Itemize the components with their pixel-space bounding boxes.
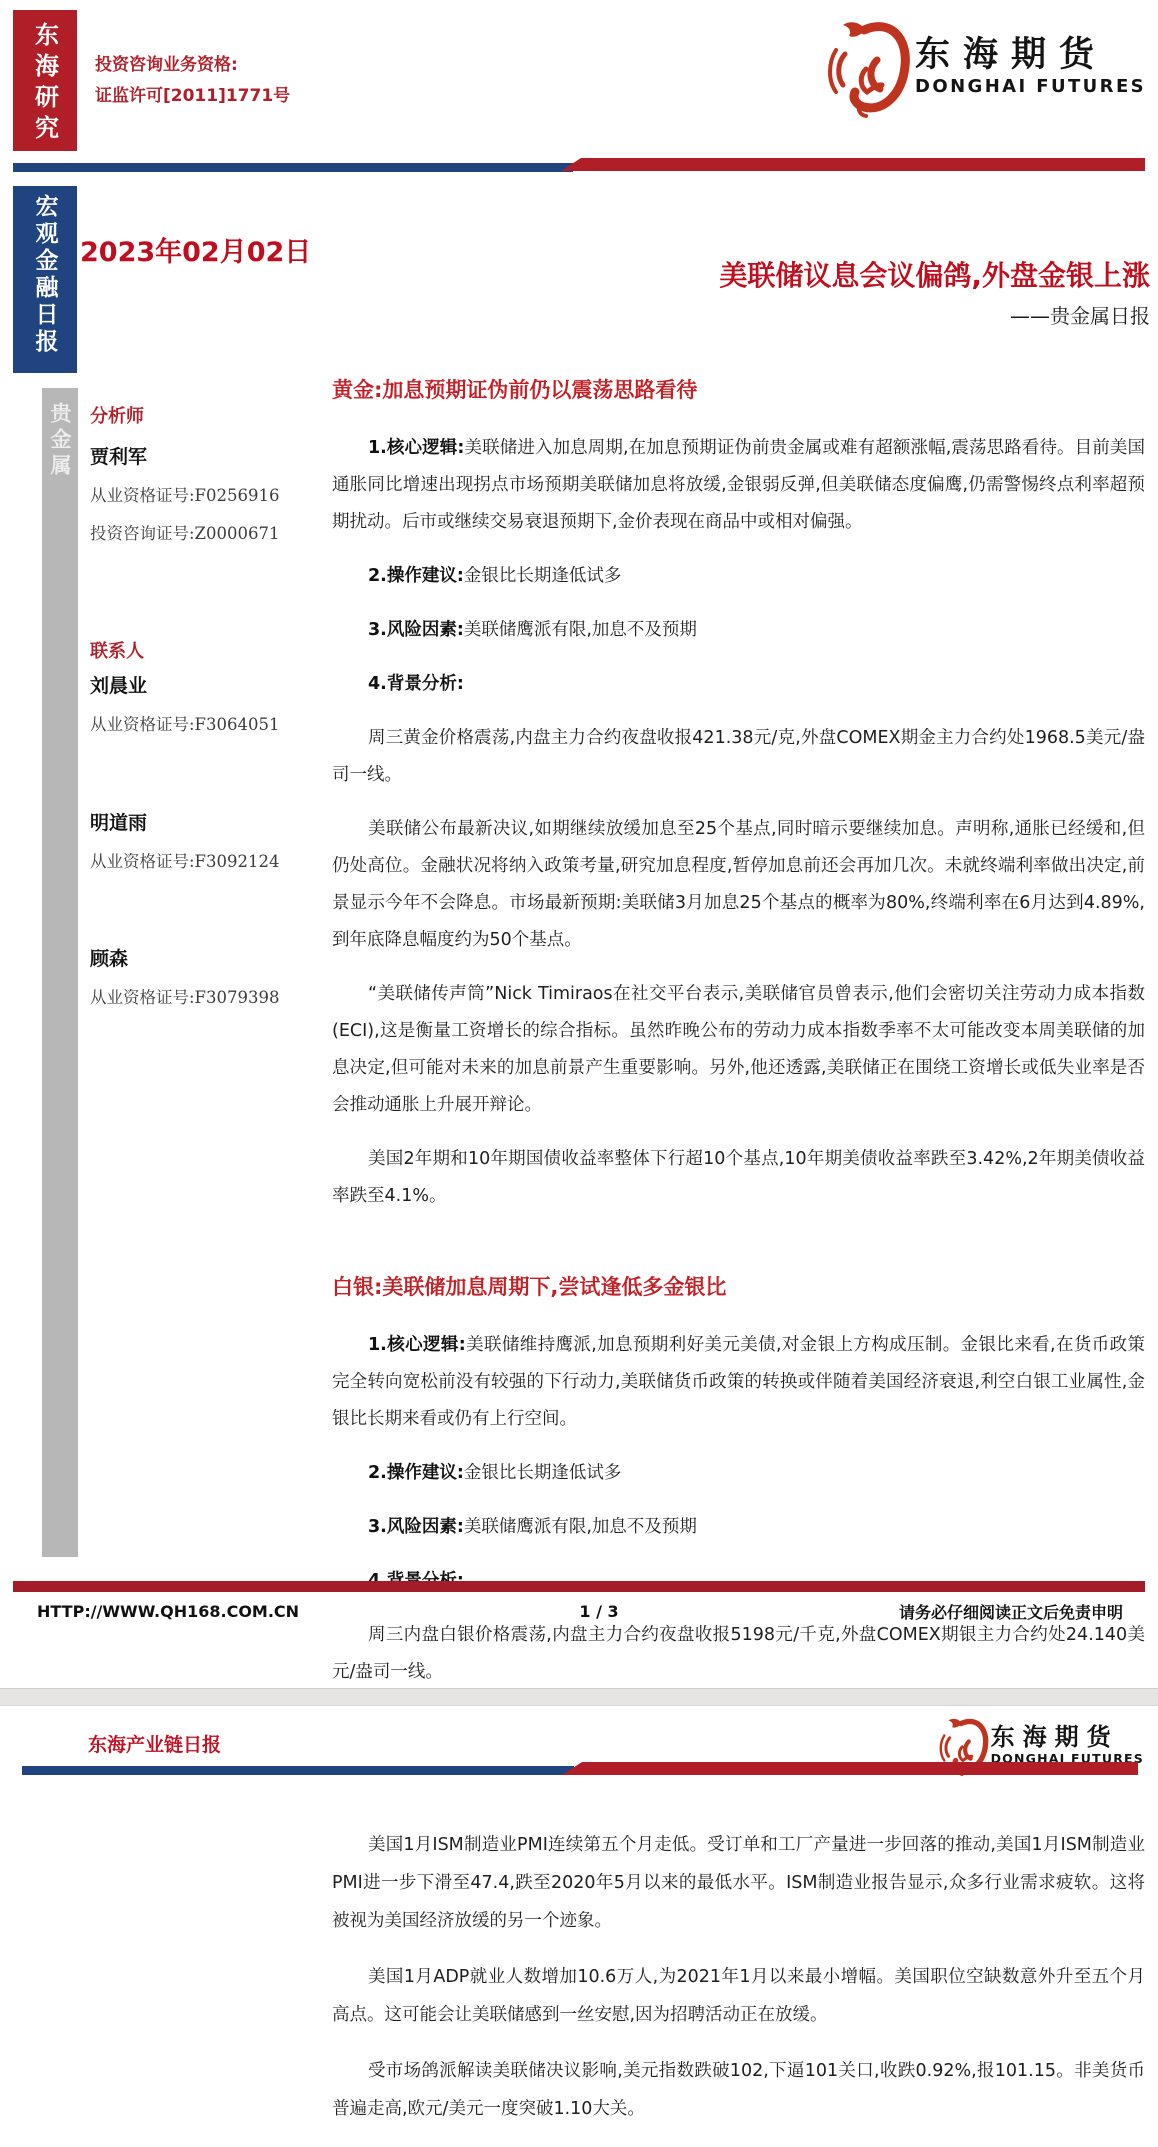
research-brand-badge: 东海研究 (13, 10, 77, 151)
report-subtitle: ——贵金属日报 (1010, 300, 1150, 329)
item-lead: 2.操作建议: (368, 1463, 464, 1483)
item-text: 美联储鹰派有限,加息不及预期 (464, 620, 697, 640)
macro-paragraph: 美国1月ADP就业人数增加10.6万人,为2021年1月以来最小增幅。美国职位空… (332, 1958, 1145, 2034)
logo-en-text: DONGHAI FUTURES (915, 76, 1146, 97)
footer-disclaimer: 请务必仔细阅读正文后免责申明 (899, 1600, 1123, 1623)
contact-name: 顾森 (90, 944, 330, 971)
item-lead: 1.核心逻辑: (368, 1335, 466, 1355)
macro-paragraph: 受市场鸽派解读美联储决议影响,美元指数跌破102,下逼101关口,收跌0.92%… (332, 2052, 1145, 2128)
report-title: 美联储议息会议偏鸽,外盘金银上涨 (719, 254, 1150, 294)
contact-person: 明道雨 从业资格证号:F3092124 (90, 808, 330, 886)
category-label: 贵金属 (45, 388, 75, 480)
item-text: 美联储鹰派有限,加息不及预期 (464, 1517, 697, 1537)
footer-page-number: 1 / 3 (579, 1602, 618, 1621)
divider-red-segment (562, 1762, 1138, 1775)
analyst-block: 分析师 贾利军 从业资格证号:F0256916 投资咨询证号:Z0000671 (90, 402, 330, 558)
gold-core-logic: 1.核心逻辑:美联储进入加息周期,在加息预期证伪前贵金属或难有超额涨幅,震荡思路… (332, 430, 1145, 541)
contact-cert-number: 从业资格证号:F3092124 (90, 848, 330, 872)
contact-person: 刘晨业 从业资格证号:F3064051 (90, 671, 330, 749)
page2-header-title: 东海产业链日报 (88, 1730, 221, 1757)
silver-risk-factor: 3.风险因素:美联储鹰派有限,加息不及预期 (332, 1509, 1145, 1546)
qualification-line-2: 证监许可[2011]1771号 (95, 81, 290, 112)
silver-background-paragraph: 周三内盘白银价格震荡,内盘主力合约夜盘收报5198元/千克,外盘COMEX期银主… (332, 1617, 1145, 1688)
gold-background-paragraph: 美国2年期和10年期国债收益率整体下行超10个基点,10年期美债收益率跌至3.4… (332, 1141, 1145, 1215)
contact-cert-number: 从业资格证号:F3079398 (90, 984, 330, 1008)
item-lead: 3.风险因素: (368, 1517, 464, 1537)
analyst-name: 贾利军 (90, 442, 330, 469)
report-type-badge: 宏观金融日报 (13, 186, 77, 373)
contact-cert-number: 从业资格证号:F3064051 (90, 711, 330, 735)
gold-background-paragraph: 美联储公布最新决议,如期继续放缓加息至25个基点,同时暗示要继续加息。声明称,通… (332, 811, 1145, 959)
item-text: 金银比长期逢低试多 (464, 1463, 622, 1483)
silver-core-logic: 1.核心逻辑:美联储维持鹰派,加息预期利好美元美债,对金银上方构成压制。金银比来… (332, 1327, 1145, 1438)
header-divider-bar (22, 1762, 1138, 1776)
contact-name: 刘晨业 (90, 671, 330, 698)
silver-operation-advice: 2.操作建议:金银比长期逢低试多 (332, 1455, 1145, 1492)
item-lead: 4.背景分析: (368, 674, 464, 694)
dragon-logo-icon (823, 14, 915, 118)
report-date: 2023年02月02日 (80, 230, 311, 269)
research-brand-label: 东海研究 (28, 10, 63, 146)
page-footer: HTTP://WWW.QH168.COM.CN 1 / 3 请务必仔细阅读正文后… (13, 1600, 1145, 1623)
category-badge: 贵金属 (42, 388, 78, 1557)
item-text: 金银比长期逢低试多 (464, 566, 622, 586)
item-lead: 3.风险因素: (368, 620, 464, 640)
analyst-section-label: 分析师 (90, 402, 330, 428)
analyst-cert-number: 从业资格证号:F0256916 (90, 482, 330, 506)
gold-risk-factor: 3.风险因素:美联储鹰派有限,加息不及预期 (332, 612, 1145, 649)
qualification-block: 投资咨询业务资格: 证监许可[2011]1771号 (95, 50, 290, 111)
report-body: 黄金:加息预期证伪前仍以震荡思路看待 1.核心逻辑:美联储进入加息周期,在加息预… (332, 374, 1145, 1688)
logo-text: 东海期货 DONGHAI FUTURES (991, 1724, 1144, 1765)
report-type-label: 宏观金融日报 (29, 186, 62, 356)
gold-section-heading: 黄金:加息预期证伪前仍以震荡思路看待 (332, 374, 1145, 404)
divider-red-segment (561, 158, 1145, 171)
company-logo: 东海期货 DONGHAI FUTURES (823, 14, 1146, 118)
item-lead: 2.操作建议: (368, 566, 464, 586)
gold-background-paragraph: 周三黄金价格震荡,内盘主力合约夜盘收报421.38元/克,外盘COMEX期金主力… (332, 720, 1145, 794)
gold-background-paragraph: “美联储传声筒”Nick Timiraos在社交平台表示,美联储官员曾表示,他们… (332, 976, 1145, 1124)
silver-section-heading: 白银:美联储加息周期下,尝试逢低多金银比 (332, 1271, 1145, 1301)
macro-paragraph: 美国1月ISM制造业PMI连续第五个月走低。受订单和工厂产量进一步回落的推动,美… (332, 1826, 1145, 1940)
logo-text: 东海期货 DONGHAI FUTURES (915, 35, 1146, 96)
header-divider-bar (13, 158, 1145, 172)
qualification-line-1: 投资咨询业务资格: (95, 50, 290, 81)
contact-person: 顾森 从业资格证号:F3079398 (90, 944, 330, 1022)
item-lead: 1.核心逻辑: (368, 438, 464, 458)
report-page-1: 东海研究 投资咨询业务资格: 证监许可[2011]1771号 东海期货 DONG… (0, 0, 1158, 1688)
footer-divider-bar (13, 1581, 1145, 1592)
page-separator (0, 1688, 1158, 1706)
gold-background-label: 4.背景分析: (332, 666, 1145, 703)
logo-cn-text: 东海期货 (991, 1724, 1119, 1750)
contacts-section-label: 联系人 (90, 637, 330, 663)
divider-navy-segment (22, 1766, 574, 1775)
contact-name: 明道雨 (90, 808, 330, 835)
report-page-2: 东海产业链日报 东海期货 DONGHAI FUTURES 美国1月ISM制造业P… (0, 1706, 1158, 2147)
page2-body: 美国1月ISM制造业PMI连续第五个月走低。受订单和工厂产量进一步回落的推动,美… (332, 1826, 1145, 2128)
divider-navy-segment (13, 163, 573, 172)
analyst-advisory-number: 投资咨询证号:Z0000671 (90, 520, 330, 544)
logo-cn-text: 东海期货 (915, 35, 1107, 75)
footer-website-url: HTTP://WWW.QH168.COM.CN (37, 1602, 299, 1621)
gold-operation-advice: 2.操作建议:金银比长期逢低试多 (332, 558, 1145, 595)
